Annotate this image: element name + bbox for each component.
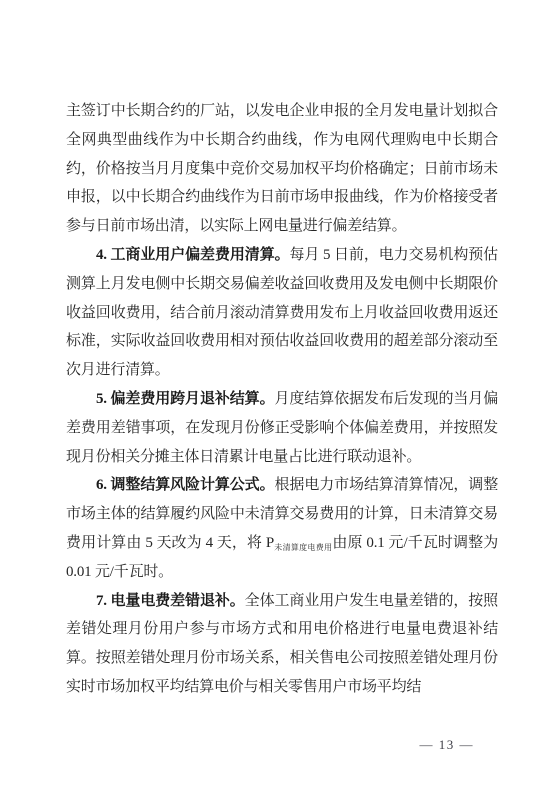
clause-4-body: 每月 5 日前，电力交易机构预估测算上月发电侧中长期交易偏差收益回收费用及发电侧… xyxy=(66,247,498,378)
document-page: 主签订中长期合约的厂站，以发电企业申报的全月发电量计划拟合全网典型曲线作为中长期… xyxy=(0,0,560,791)
formula-variable-subscript: 未清算度电费用 xyxy=(274,543,332,552)
clause-5-heading: 5. 偏差费用跨月退补结算。 xyxy=(96,391,275,407)
clause-4-heading: 4. 工商业用户偏差费用清算。 xyxy=(96,247,290,263)
clause-5-paragraph: 5. 偏差费用跨月退补结算。月度结算依据发布后发现的当月偏差费用差错事项，在发现… xyxy=(66,385,498,471)
paragraph-continuation: 主签订中长期合约的厂站，以发电企业申报的全月发电量计划拟合全网典型曲线作为中长期… xyxy=(66,97,498,241)
clause-6-heading: 6. 调整结算风险计算公式。 xyxy=(96,477,275,493)
paragraph-continuation-text: 主签订中长期合约的厂站，以发电企业申报的全月发电量计划拟合全网典型曲线作为中长期… xyxy=(66,103,498,234)
page-number: — 13 — xyxy=(420,737,475,753)
clause-4-paragraph: 4. 工商业用户偏差费用清算。每月 5 日前，电力交易机构预估测算上月发电侧中长… xyxy=(66,241,498,385)
clause-7-heading: 7. 电量电费差错退补。 xyxy=(96,593,245,609)
clause-7-paragraph: 7. 电量电费差错退补。全体工商业用户发生电量差错的，按照差错处理月份用户参与市… xyxy=(66,587,498,702)
document-body: 主签订中长期合约的厂站，以发电企业申报的全月发电量计划拟合全网典型曲线作为中长期… xyxy=(66,97,498,702)
clause-6-paragraph: 6. 调整结算风险计算公式。根据电力市场结算清算情况，调整市场主体的结算履约风险… xyxy=(66,471,498,586)
